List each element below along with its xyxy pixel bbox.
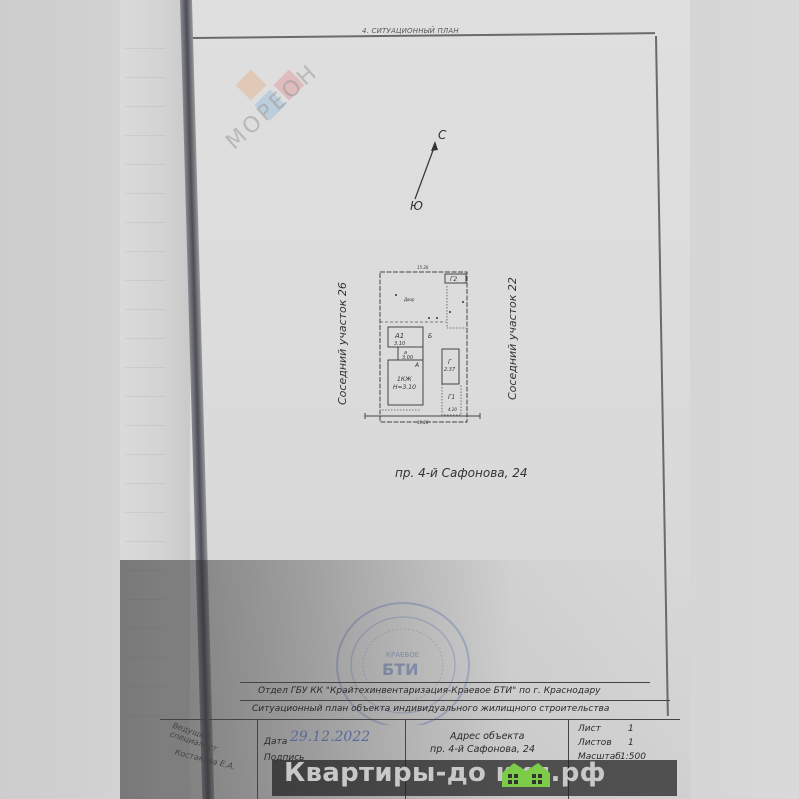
svg-text:15.20: 15.20 <box>417 265 429 270</box>
svg-text:Б: Б <box>428 333 432 340</box>
compass-south-label: Ю <box>410 199 423 213</box>
address-object-value: пр. 4-й Сафонова, 24 <box>430 744 535 755</box>
svg-text:Г: Г <box>448 359 452 366</box>
sheet-label: Лист <box>578 724 601 734</box>
svg-text:Г2: Г2 <box>450 276 457 283</box>
date-value: 29.12.2022 <box>290 729 370 745</box>
house-logo-icon <box>500 759 552 789</box>
document-title-text: Ситуационный план объекта индивидуальног… <box>252 704 609 714</box>
divider <box>257 719 258 799</box>
svg-text:Н=3.10: Н=3.10 <box>393 384 416 391</box>
date-label: Дата <box>264 737 287 747</box>
svg-text:А1: А1 <box>394 332 404 340</box>
svg-text:А: А <box>414 362 419 369</box>
left-neighbor-label: Соседний участок 26 <box>336 282 349 405</box>
svg-text:2.37: 2.37 <box>444 367 456 373</box>
background-right <box>680 0 799 799</box>
previous-page-lines <box>125 20 165 720</box>
sheets-label: Листов <box>578 738 612 748</box>
organization-text: Отдел ГБУ КК "Крайтехинвентаризация-Крае… <box>258 686 601 696</box>
sheets-value: 1 <box>628 738 634 748</box>
svg-text:15.20: 15.20 <box>417 420 429 425</box>
north-arrow-icon <box>405 135 445 205</box>
site-watermark-text: Квартиры-до ики.рф <box>284 758 606 788</box>
document-title-row: Ситуационный план объекта индивидуальног… <box>240 700 670 718</box>
specialist-name: Костакова Е.А. <box>174 748 236 772</box>
svg-text:1КЖ: 1КЖ <box>397 376 412 383</box>
organization-row: Отдел ГБУ КК "Крайтехинвентаризация-Крае… <box>240 682 650 700</box>
background-left <box>0 0 120 799</box>
right-neighbor-label: Соседний участок 22 <box>506 277 519 400</box>
svg-text:3.10: 3.10 <box>394 341 405 347</box>
address-object-label: Адрес объекта <box>450 731 525 742</box>
street-address-label: пр. 4-й Сафонова, 24 <box>395 466 528 480</box>
divider <box>160 719 680 720</box>
svg-text:Г1: Г1 <box>448 394 455 401</box>
compass-north-label: С <box>438 128 446 142</box>
svg-text:Двор: Двор <box>403 297 415 302</box>
svg-text:4.20: 4.20 <box>448 407 457 412</box>
svg-text:КРАЕВОЕ: КРАЕВОЕ <box>386 651 419 659</box>
sheet-value: 1 <box>628 724 634 734</box>
site-plan-drawing: 15.20 15.20 Г2 Двор А1 3.10 а 3.00 А 1КЖ… <box>360 260 485 430</box>
